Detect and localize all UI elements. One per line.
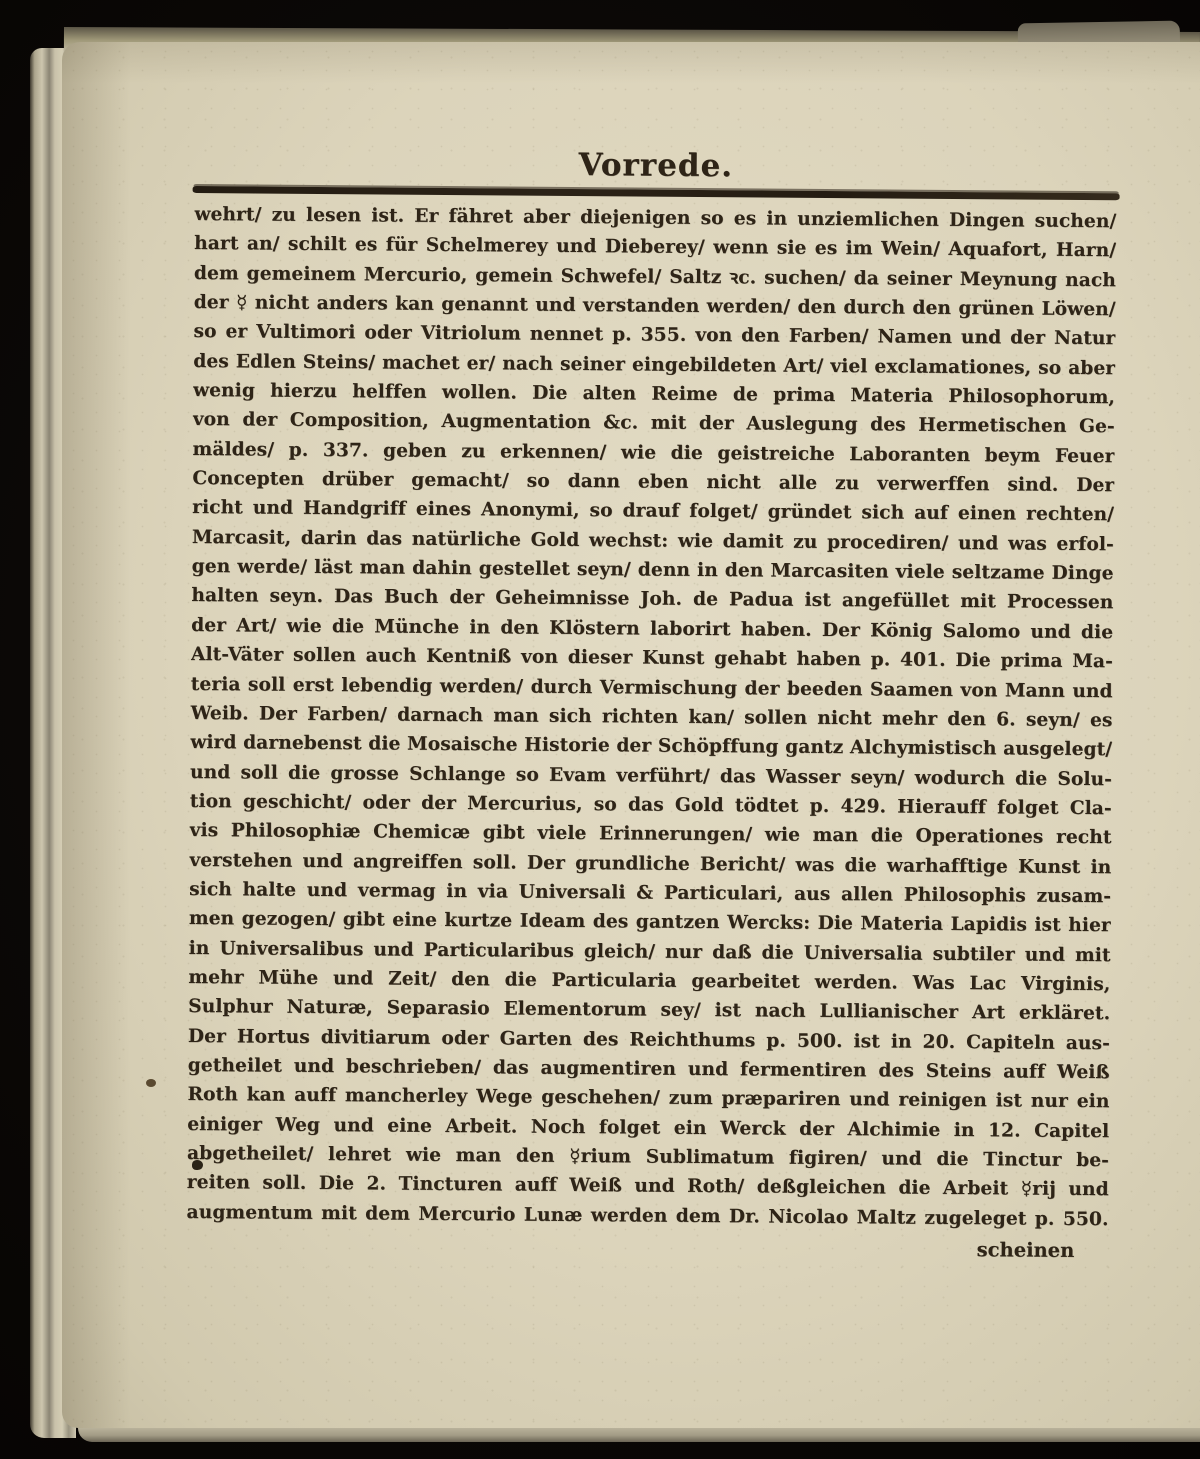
ink-speck-margin — [146, 1079, 156, 1087]
page-content: Vorrede. wehrt/ zu lesen ist. Er fähret … — [186, 142, 1117, 1262]
ink-speck-text — [192, 1160, 203, 1170]
body-lines: wehrt/ zu lesen ist. Er fähret aber diej… — [186, 200, 1116, 1234]
page-header-title: Vorrede. — [195, 142, 1117, 193]
photo-background: Vorrede. wehrt/ zu lesen ist. Er fähret … — [0, 0, 1200, 1459]
text-line: augmentum mit dem Mercurio Lunæ werden d… — [186, 1198, 1108, 1235]
